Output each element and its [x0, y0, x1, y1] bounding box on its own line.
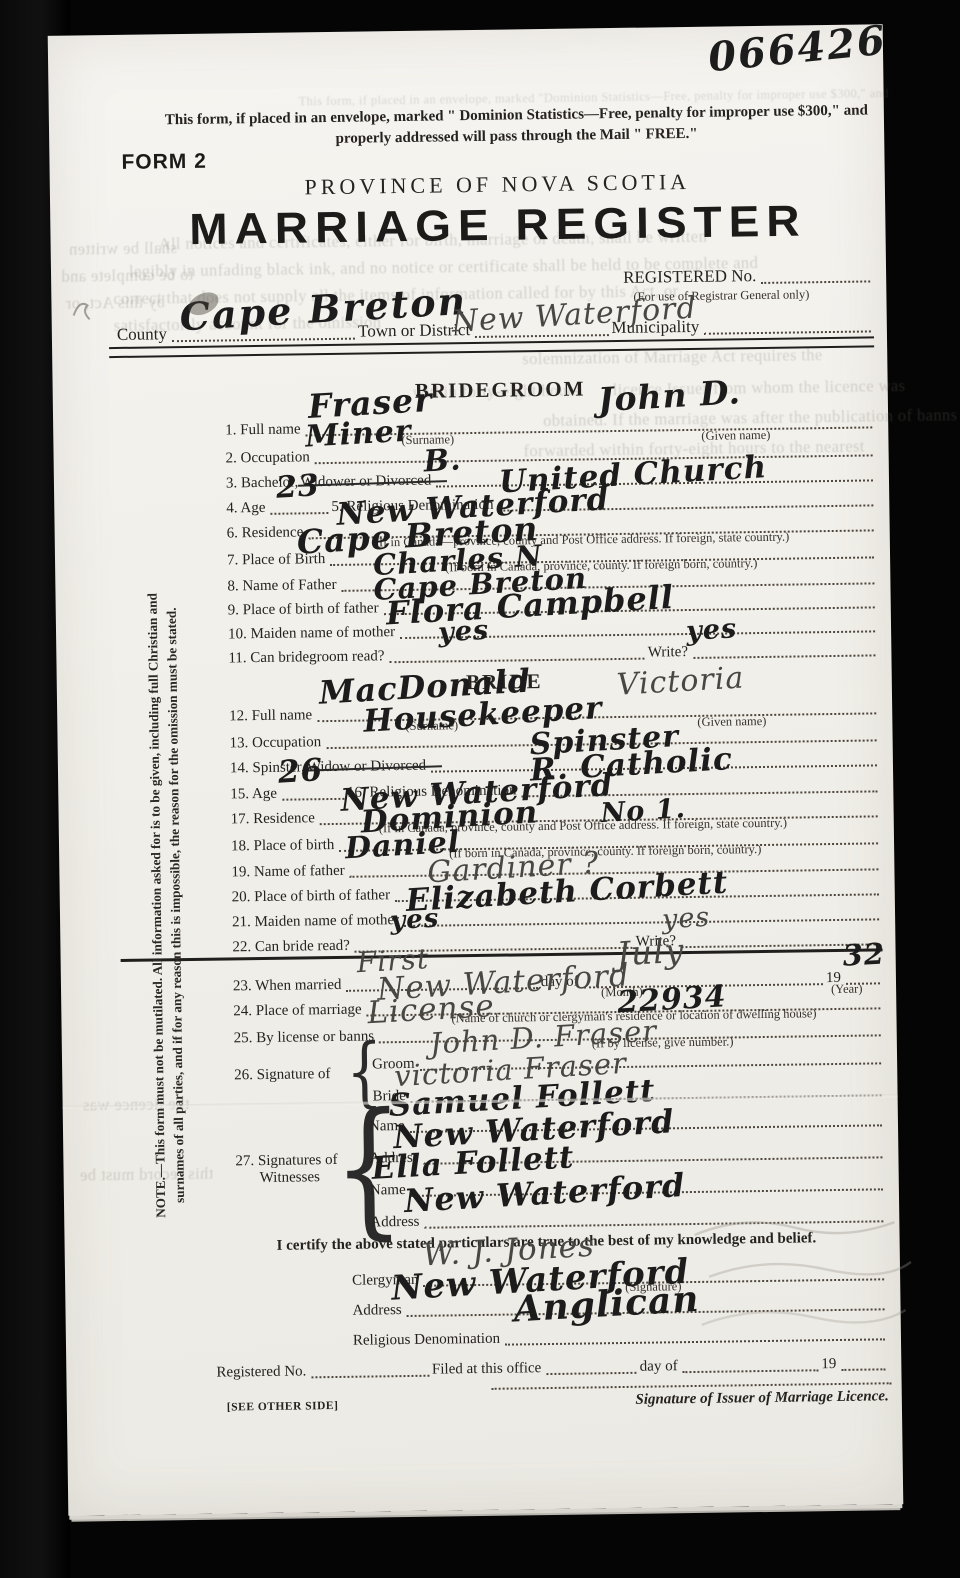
registration-stamp-number: 066426	[706, 20, 888, 78]
bg-can-write-label: Write?	[648, 644, 690, 662]
when-married-label: 23. When married	[233, 977, 344, 996]
office-registered-no-label: Registered No.	[216, 1363, 308, 1381]
bg-occupation-label: 2. Occupation	[226, 449, 312, 467]
br-status-struck-options: Widow or Divorced	[307, 758, 429, 777]
ghost-text-mirrored: to be complete and	[61, 265, 194, 287]
br-given-name-entry: Victoria	[616, 663, 745, 700]
bg-mother-label: 10. Maiden name of mother	[228, 624, 397, 643]
document-title: MARRIAGE REGISTER	[110, 194, 886, 256]
county-label: County	[117, 324, 169, 345]
registered-no-label: REGISTERED No.	[623, 266, 758, 288]
bg-given-name-entry: John D.	[597, 375, 742, 416]
see-other-side-note: [SEE OTHER SIDE]	[227, 1400, 339, 1414]
bg-can-read-label: 11. Can bridegroom read?	[228, 648, 386, 667]
marriage-register-page: This form, if placed in an envelope, mar…	[48, 24, 904, 1516]
municipality-blank	[704, 314, 871, 334]
pencil-mark	[69, 297, 95, 323]
br-full-name-label: 12. Full name	[229, 707, 314, 725]
br-birthplace-entry2: No 1.	[600, 795, 687, 827]
br-occupation-label: 13. Occupation	[229, 734, 323, 752]
br-mother-label: 21. Maiden name of mother	[232, 912, 401, 931]
scanned-document: This form, if placed in an envelope, mar…	[0, 0, 960, 1578]
clergyman-denomination-entry: Anglican	[513, 1281, 701, 1328]
br-age-label: 15. Age	[230, 786, 279, 804]
br-age-entry: 26	[277, 755, 324, 789]
place-of-marriage-label: 24. Place of marriage	[233, 1002, 364, 1021]
bg-age-entry: 23	[275, 471, 320, 503]
bg-father-birthplace-label: 9. Place of birth of father	[228, 600, 381, 619]
blank-line	[761, 264, 870, 284]
br-birthplace-label: 18. Place of birth	[231, 837, 337, 855]
witnesses-label-line2: Witnesses	[260, 1169, 320, 1187]
faint-pencil-notes	[684, 1204, 926, 1367]
bg-can-write-entry: yes	[685, 615, 738, 645]
clergyman-denomination-label: Religious Denomination	[353, 1331, 502, 1350]
bg-age-label: 4. Age	[226, 500, 267, 518]
form-number-label: FORM 2	[121, 150, 207, 175]
ink-smudge	[179, 283, 240, 330]
license-number-entry: 22934	[616, 982, 727, 1018]
year-entry: 32	[842, 939, 886, 970]
br-father-label: 19. Name of father	[231, 863, 347, 882]
bg-can-read-entry: yes	[437, 617, 490, 647]
signature-of-label: 26. Signature of	[234, 1066, 330, 1084]
bridegroom-section-title: BRIDEGROOM	[113, 372, 888, 408]
blank-line	[311, 1359, 429, 1379]
br-father-birthplace-label: 20. Place of birth of father	[232, 887, 393, 906]
br-can-read-entry: yes	[389, 905, 440, 934]
blank-line	[389, 642, 645, 664]
bg-full-name-label: 1. Full name	[225, 421, 303, 439]
issuer-signature-caption: Signature of Issuer of Marriage Licence.	[489, 1388, 889, 1411]
br-can-write-entry: yes	[661, 904, 711, 934]
witnesses-label-line1: 27. Signatures of	[235, 1152, 337, 1170]
br-residence-label: 17. Residence	[231, 810, 317, 828]
bg-status-entry: B.	[423, 445, 462, 477]
bg-residence-label: 6. Residence	[227, 524, 306, 542]
bg-father-label: 8. Name of Father	[227, 577, 338, 596]
bg-occupation-entry: Miner	[305, 417, 413, 453]
ghost-text-mirrored: this record must be	[79, 1164, 213, 1186]
br-can-read-label: 22. Can bride read?	[232, 938, 352, 957]
